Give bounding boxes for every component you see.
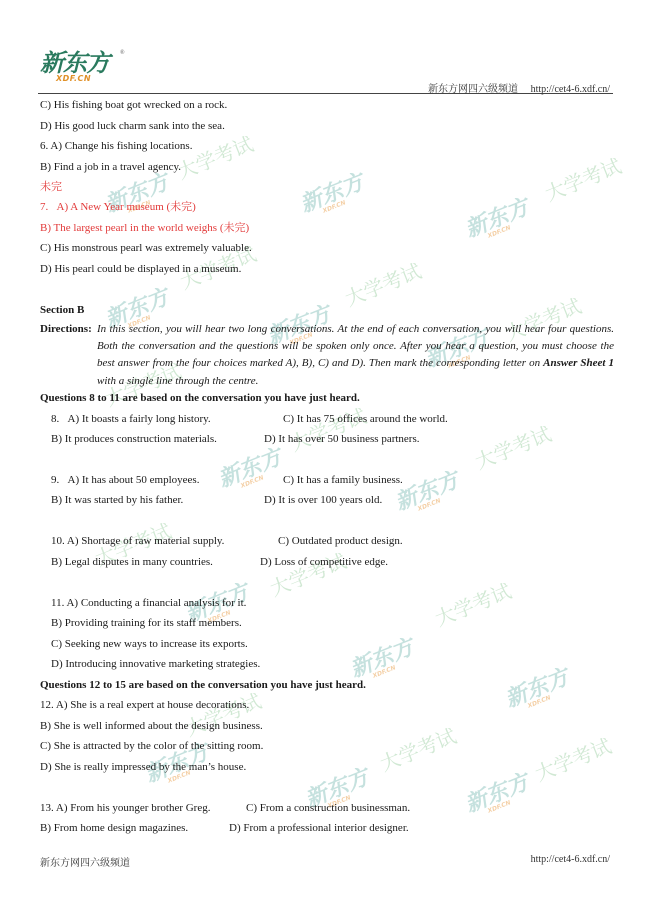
header-divider (38, 93, 613, 94)
q10-option-d: D) Loss of competitive edge. (260, 555, 388, 569)
q10-option-a: 10. A) Shortage of raw material supply. (51, 534, 224, 548)
logo-text-cn: 新东方 (40, 50, 109, 76)
q5-option-c: C) His fishing boat got wrecked on a roc… (40, 98, 227, 112)
watermark-logo: 新东方XDF.CN (500, 660, 574, 716)
q13-option-d: D) From a professional interior designer… (229, 821, 409, 835)
q9-option-d: D) It is over 100 years old. (264, 493, 382, 507)
q9-option-b: B) It was started by his father. (51, 493, 183, 507)
directions: Directions: In this section, you will he… (40, 321, 614, 390)
q10-option-c: C) Outdated product design. (278, 534, 403, 548)
q12-option-b: B) She is well informed about the design… (40, 719, 263, 733)
watermark-slogan: 大学考试 (285, 400, 370, 457)
watermark-logo: 新东方XDF.CN (390, 463, 464, 519)
q12-option-d: D) She is really impressed by the man’s … (40, 760, 246, 774)
answer-sheet-ref: Answer Sheet 1 (543, 357, 614, 369)
watermark-logo: 新东方XDF.CN (295, 165, 369, 221)
q7-option-a: 7. A) A New Year museum (未完) (40, 200, 196, 214)
q7-option-b: B) The largest pearl in the world weighs… (40, 221, 249, 235)
group2-heading: Questions 12 to 15 are based on the conv… (40, 678, 366, 692)
q6-option-b: B) Find a job in a travel agency. (40, 160, 181, 174)
logo-text-en: XDF.CN (56, 74, 91, 83)
footer-site-name: 新东方网四六级频道 (40, 854, 130, 869)
watermark-slogan: 大学考试 (470, 418, 555, 475)
q13-option-b: B) From home design magazines. (40, 821, 188, 835)
q7-option-c: C) His monstrous pearl was extremely val… (40, 241, 252, 255)
q8-option-c: C) It has 75 offices around the world. (283, 412, 448, 426)
group1-heading: Questions 8 to 11 are based on the conve… (40, 391, 360, 405)
q11-option-b: B) Providing training for its staff memb… (51, 616, 242, 630)
watermark-slogan: 大学考试 (530, 730, 615, 787)
q9-option-a: 9. A) It has about 50 employees. (51, 473, 199, 487)
watermark-slogan: 大学考试 (172, 128, 257, 185)
watermark-slogan: 大学考试 (540, 150, 625, 207)
watermark-slogan: 大学考试 (340, 255, 425, 312)
q8-option-d: D) It has over 50 business partners. (264, 432, 420, 446)
q10-option-b: B) Legal disputes in many countries. (51, 555, 213, 569)
watermark-logo: 新东方XDF.CN (460, 765, 534, 821)
q8-option-a: 8. A) It boasts a fairly long history. (51, 412, 211, 426)
registered-mark-icon: ® (120, 50, 125, 56)
q6-option-a: 6. A) Change his fishing locations. (40, 139, 192, 153)
directions-label: Directions: (40, 321, 92, 338)
xdf-logo: 新东方 XDF.CN ® (40, 50, 130, 84)
watermark-slogan: 大学考试 (375, 720, 460, 777)
q8-option-b: B) It produces construction materials. (51, 432, 217, 446)
q12-option-c: C) She is attracted by the color of the … (40, 739, 263, 753)
watermark-slogan: 大学考试 (430, 575, 515, 632)
q11-option-c: C) Seeking new ways to increase its expo… (51, 637, 248, 651)
watermark-logo: 新东方XDF.CN (213, 440, 287, 496)
section-title: Section B (40, 303, 84, 317)
footer-site-url[interactable]: http://cet4-6.xdf.cn/ (531, 854, 610, 865)
q13-option-c: C) From a construction businessman. (246, 801, 410, 815)
q12-option-a: 12. A) She is a real expert at house dec… (40, 698, 249, 712)
unfinished-note: 未完 (40, 180, 62, 194)
document-page: 新东方XDF.CN 大学考试 新东方XDF.CN 新东方XDF.CN 大学考试 … (0, 0, 650, 919)
watermark-logo: 新东方XDF.CN (460, 190, 534, 246)
q9-option-c: C) It has a family business. (283, 473, 403, 487)
watermark-slogan: 大学考试 (265, 545, 350, 602)
q11-option-a: 11. A) Conducting a financial analysis f… (51, 596, 246, 610)
q11-option-d: D) Introducing innovative marketing stra… (51, 657, 260, 671)
q5-option-d: D) His good luck charm sank into the sea… (40, 119, 225, 133)
watermark-slogan: 大学考试 (180, 685, 265, 742)
q7-option-d: D) His pearl could be displayed in a mus… (40, 262, 241, 276)
q13-option-a: 13. A) From his younger brother Greg. (40, 801, 210, 815)
directions-text: In this section, you will hear two long … (97, 321, 614, 390)
